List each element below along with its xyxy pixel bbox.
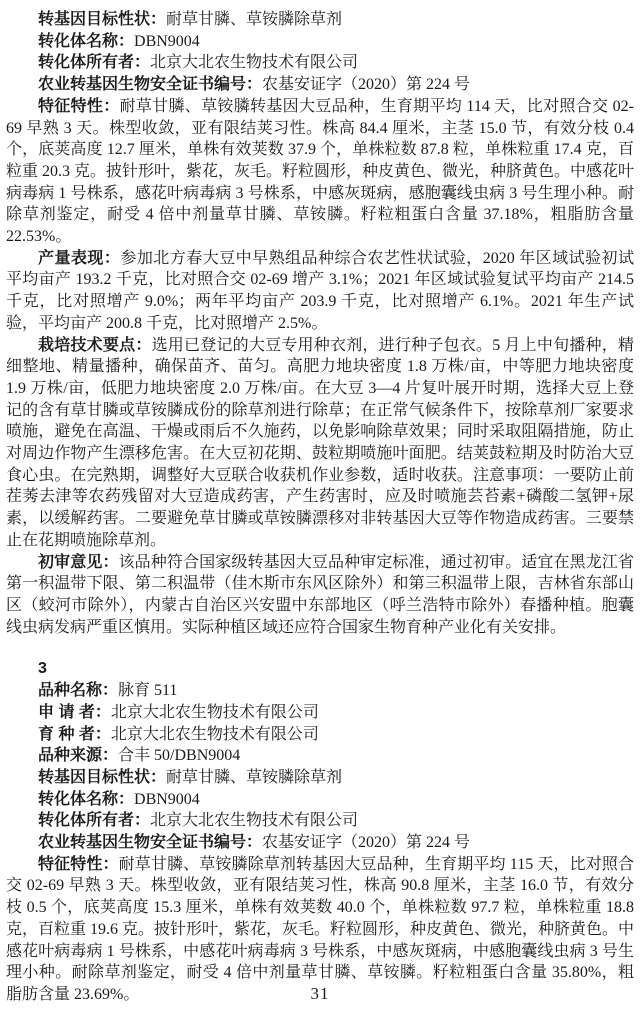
document-page: 转基因目标性状：耐草甘膦、草铵膦除草剂 转化体名称：DBN9004 转化体所有者… [0,0,640,1015]
field-label: 农业转基因生物安全证书编号： [38,76,262,93]
field-value: DBN9004 [134,791,200,808]
field-value: 耐草甘膦、草铵膦转基因大豆品种，生育期平均 114 天，比对照合交 02-69 … [6,98,634,245]
field-event-name: 转化体名称：DBN9004 [6,31,634,53]
field-label: 转化体名称： [38,791,134,808]
field-value: 选用已登记的大豆专用种衣剂，进行种子包衣。5 月上中旬播种，精细整地、精量播种，… [6,337,634,549]
field-label: 农业转基因生物安全证书编号： [38,834,262,851]
field-value: 北京大北农生物技术有限公司 [111,726,319,743]
field-yield-performance: 产量表现：参加北方春大豆中早熟组品种综合农艺性状试验，2020 年区域试验初试平… [6,248,634,335]
field-value: 北京大北农生物技术有限公司 [150,54,358,71]
field-label: 申 请 者： [38,704,111,721]
field-label: 育 种 者： [38,726,111,743]
field-label: 特征特性： [38,856,119,873]
field-value: 耐草甘膦、草铵膦除草剂转基因大豆品种，生育期平均 115 天，比对照合交 02-… [6,856,634,1003]
field-breeder: 育 种 者：北京大北农生物技术有限公司 [6,724,634,746]
field-value: 北京大北农生物技术有限公司 [150,812,358,829]
field-variety-source: 品种来源：合丰 50/DBN9004 [6,745,634,767]
field-transgenic-trait: 转基因目标性状：耐草甘膦、草铵膦除草剂 [6,9,634,31]
field-characteristics: 特征特性：耐草甘膦、草铵膦转基因大豆品种，生育期平均 114 天，比对照合交 0… [6,96,634,248]
field-label: 栽培技术要点： [38,337,152,354]
field-value: 耐草甘膦、草铵膦除草剂 [166,769,342,786]
entry-number: 3 [6,658,634,680]
field-cultivation-techniques: 栽培技术要点：选用已登记的大豆专用种衣剂，进行种子包衣。5 月上中旬播种，精细整… [6,335,634,552]
field-value: 农基安证字（2020）第 224 号 [262,834,470,851]
field-event-owner: 转化体所有者：北京大北农生物技术有限公司 [6,52,634,74]
field-value: 脉育 511 [118,682,177,699]
field-label: 品种名称： [38,682,118,699]
field-preliminary-review-opinion: 初审意见：该品种符合国家级转基因大豆品种审定标准，通过初审。适宜在黑龙江省第一积… [6,552,634,639]
field-label: 产量表现： [38,250,120,267]
field-label: 转基因目标性状： [38,769,166,786]
field-label: 转化体所有者： [38,812,150,829]
field-transgenic-trait: 转基因目标性状：耐草甘膦、草铵膦除草剂 [6,767,634,789]
field-biosafety-certificate: 农业转基因生物安全证书编号：农基安证字（2020）第 224 号 [6,832,634,854]
field-event-name: 转化体名称：DBN9004 [6,789,634,811]
field-label: 转化体所有者： [38,54,150,71]
field-value: 北京大北农生物技术有限公司 [111,704,319,721]
field-variety-name: 品种名称：脉育 511 [6,680,634,702]
field-value: DBN9004 [134,33,200,50]
field-event-owner: 转化体所有者：北京大北农生物技术有限公司 [6,810,634,832]
field-value: 合丰 50/DBN9004 [118,747,240,764]
field-label: 转化体名称： [38,33,134,50]
field-label: 初审意见： [38,554,119,571]
page-number: 31 [0,984,640,1004]
field-label: 品种来源： [38,747,118,764]
field-characteristics: 特征特性：耐草甘膦、草铵膦除草剂转基因大豆品种，生育期平均 115 天，比对照合… [6,854,634,1006]
field-applicant: 申 请 者：北京大北农生物技术有限公司 [6,702,634,724]
field-value: 农基安证字（2020）第 224 号 [262,76,470,93]
field-label: 特征特性： [38,98,120,115]
field-biosafety-certificate: 农业转基因生物安全证书编号：农基安证字（2020）第 224 号 [6,74,634,96]
field-label: 转基因目标性状： [38,11,166,28]
field-value: 耐草甘膦、草铵膦除草剂 [166,11,342,28]
section-gap [6,638,634,658]
document-body: 转基因目标性状：耐草甘膦、草铵膦除草剂 转化体名称：DBN9004 转化体所有者… [0,0,640,1006]
